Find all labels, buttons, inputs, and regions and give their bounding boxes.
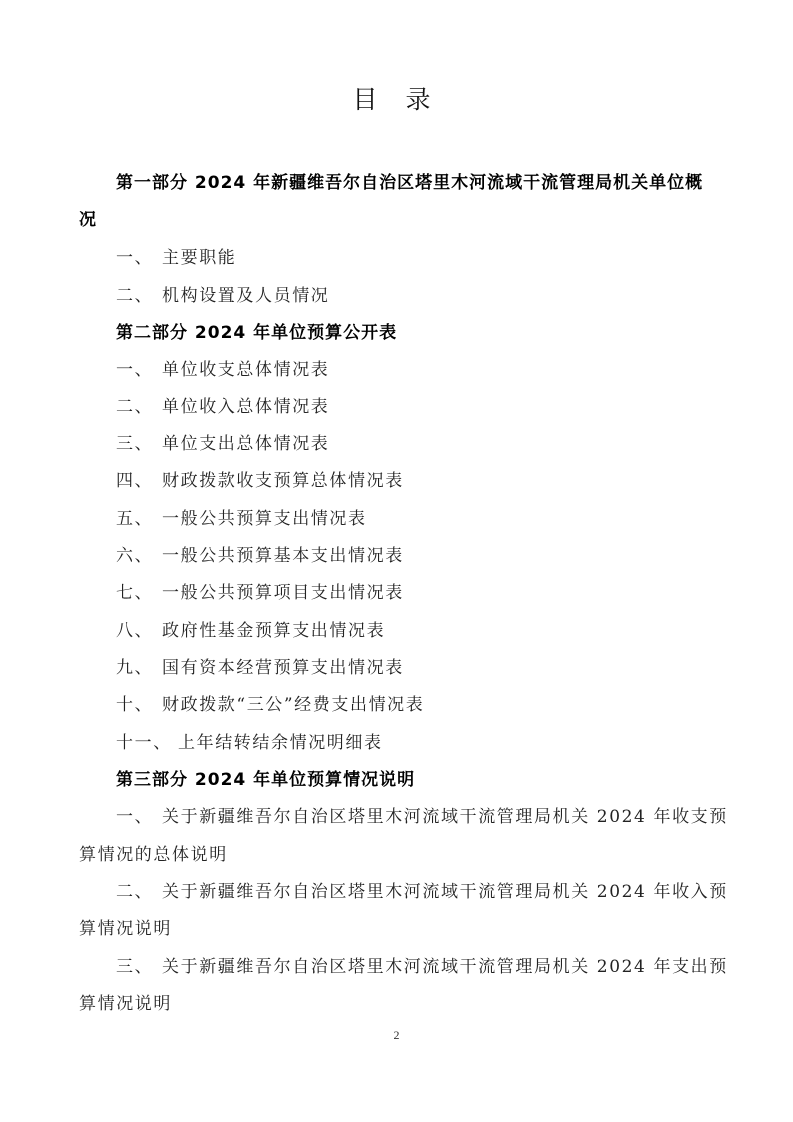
part1-heading-cont: 况 bbox=[79, 205, 97, 230]
part2-heading: 第二部分 2024 年单位预算公开表 bbox=[116, 318, 397, 343]
toc-entry: 一、主要职能 bbox=[116, 243, 236, 268]
toc-entry: 一、关于新疆维吾尔自治区塔里木河流域干流管理局机关 2024 年收支预 bbox=[116, 802, 728, 827]
toc-entry: 四、财政拨款收支预算总体情况表 bbox=[116, 466, 404, 491]
toc-entry: 十一、上年结转结余情况明细表 bbox=[116, 728, 383, 753]
document-page: 目 录 第一部分 2024 年新疆维吾尔自治区塔里木河流域干流管理局机关单位概 … bbox=[0, 0, 793, 1122]
page-number: 2 bbox=[0, 1028, 793, 1043]
toc-entry-cont: 算情况的总体说明 bbox=[79, 840, 228, 865]
toc-entry-cont: 算情况说明 bbox=[79, 914, 172, 939]
toc-entry-cont: 算情况说明 bbox=[79, 989, 172, 1014]
part3-heading: 第三部分 2024 年单位预算情况说明 bbox=[116, 765, 415, 790]
toc-entry: 七、一般公共预算项目支出情况表 bbox=[116, 578, 404, 603]
toc-entry: 九、国有资本经营预算支出情况表 bbox=[116, 653, 404, 678]
toc-entry: 三、单位支出总体情况表 bbox=[116, 429, 329, 454]
part1-heading: 第一部分 2024 年新疆维吾尔自治区塔里木河流域干流管理局机关单位概 bbox=[116, 168, 703, 193]
toc-entry: 二、关于新疆维吾尔自治区塔里木河流域干流管理局机关 2024 年收入预 bbox=[116, 877, 728, 902]
toc-title: 目 录 bbox=[0, 80, 793, 116]
toc-entry: 二、机构设置及人员情况 bbox=[116, 281, 329, 306]
toc-entry: 六、一般公共预算基本支出情况表 bbox=[116, 541, 404, 566]
toc-entry: 一、单位收支总体情况表 bbox=[116, 355, 329, 380]
toc-entry: 五、一般公共预算支出情况表 bbox=[116, 504, 367, 529]
toc-entry: 二、单位收入总体情况表 bbox=[116, 392, 329, 417]
toc-entry: 十、财政拨款“三公”经费支出情况表 bbox=[116, 690, 424, 715]
toc-entry: 三、关于新疆维吾尔自治区塔里木河流域干流管理局机关 2024 年支出预 bbox=[116, 952, 728, 977]
toc-entry: 八、政府性基金预算支出情况表 bbox=[116, 616, 385, 641]
